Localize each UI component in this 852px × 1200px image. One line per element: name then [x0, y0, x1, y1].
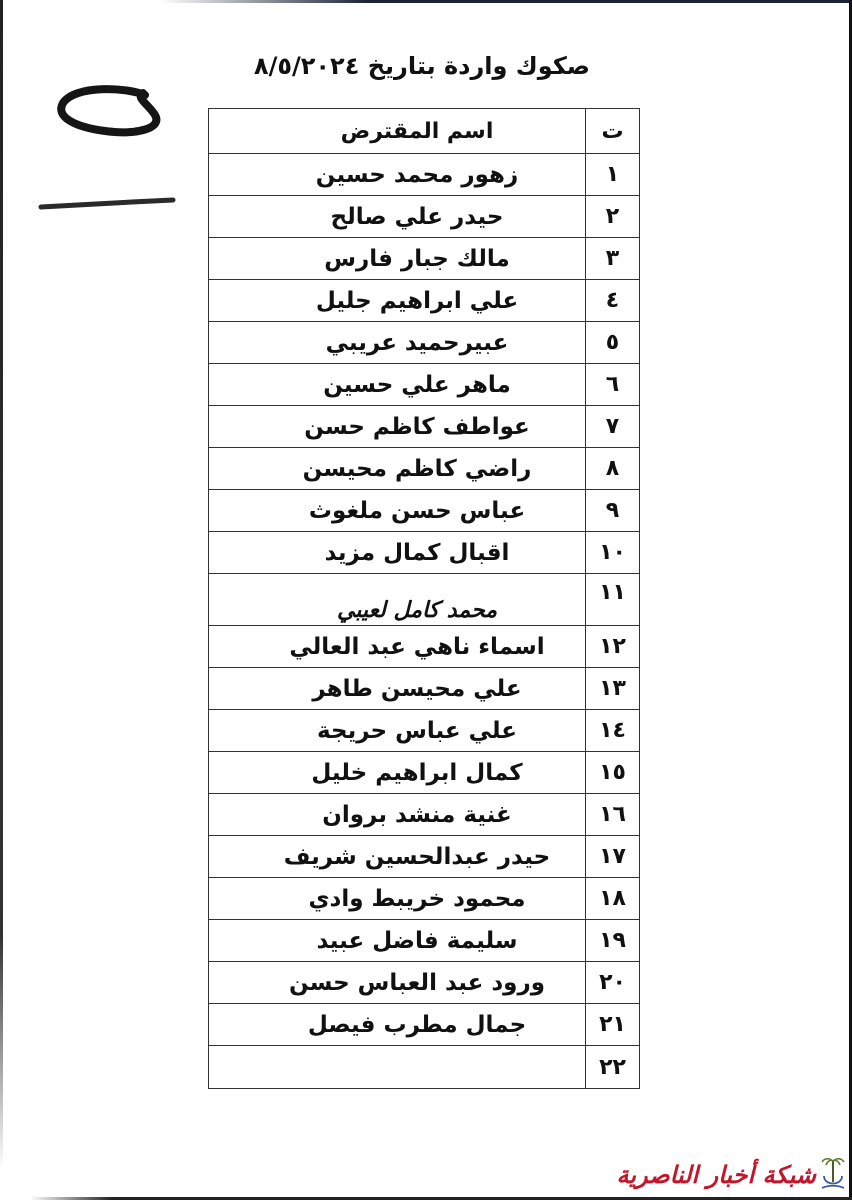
row-number: ١٨ [586, 878, 640, 920]
header-borrower-name: اسم المقترض [209, 109, 586, 154]
watermark-text: شبكة أخبار الناصرية [616, 1160, 816, 1189]
watermark: شبكة أخبار الناصرية [616, 1156, 846, 1192]
table-row: ٦ ماهر علي حسين [209, 364, 640, 406]
table-row: ٣ مالك جبار فارس [209, 238, 640, 280]
palm-tree-logo-icon [820, 1156, 846, 1192]
table-row: ٤ علي ابراهيم جليل [209, 280, 640, 322]
row-number: ٥ [586, 322, 640, 364]
document-title: صكوك واردة بتاريخ ٨/٥/٢٠٢٤ [250, 52, 590, 80]
table-row: ١٩ سليمة فاضل عبيد [209, 920, 640, 962]
row-number: ١٢ [586, 626, 640, 668]
row-number: ٢١ [586, 1004, 640, 1046]
row-number: ٧ [586, 406, 640, 448]
borrower-name: غنية منشد بروان [209, 794, 586, 836]
borrower-name: ورود عبد العباس حسن [209, 962, 586, 1004]
borrower-name: سليمة فاضل عبيد [209, 920, 586, 962]
table-row: ٨ راضي كاظم محيسن [209, 448, 640, 490]
borrower-name: محمود خريبط وادي [209, 878, 586, 920]
row-number: ١٣ [586, 668, 640, 710]
borrower-name: كمال ابراهيم خليل [209, 752, 586, 794]
table-row-empty: ٢٢ [209, 1046, 640, 1089]
borrower-name: محمد كامل لعيبي [209, 574, 586, 626]
row-number: ٩ [586, 490, 640, 532]
table-row: ١١ محمد كامل لعيبي [209, 574, 640, 626]
row-number: ٣ [586, 238, 640, 280]
table-row: ٧ عواطف كاظم حسن [209, 406, 640, 448]
row-number: ١١ [586, 574, 640, 626]
borrower-name: جمال مطرب فيصل [209, 1004, 586, 1046]
table-row: ١ زهور محمد حسين [209, 154, 640, 196]
table-row: ٢٠ ورود عبد العباس حسن [209, 962, 640, 1004]
table-row: ٥ عبيرحميد عريبي [209, 322, 640, 364]
borrower-name: اقبال كمال مزيد [209, 532, 586, 574]
row-number: ٢ [586, 196, 640, 238]
table-row: ٩ عباس حسن ملغوث [209, 490, 640, 532]
table-row: ١٥ كمال ابراهيم خليل [209, 752, 640, 794]
borrower-name: حيدر عبدالحسين شريف [209, 836, 586, 878]
table-row: ١٠ اقبال كمال مزيد [209, 532, 640, 574]
table-row: ١٨ محمود خريبط وادي [209, 878, 640, 920]
row-number: ٢٠ [586, 962, 640, 1004]
borrower-name: اسماء ناهي عبد العالي [209, 626, 586, 668]
table-row: ١٦ غنية منشد بروان [209, 794, 640, 836]
borrower-name: حيدر علي صالح [209, 196, 586, 238]
row-number: ٤ [586, 280, 640, 322]
handwritten-numeral-icon [55, 85, 165, 145]
borrower-name: عبيرحميد عريبي [209, 322, 586, 364]
handwritten-underline-icon [38, 196, 178, 212]
borrower-name: علي محيسن طاهر [209, 668, 586, 710]
borrower-name: عباس حسن ملغوث [209, 490, 586, 532]
table-row: ٢ حيدر علي صالح [209, 196, 640, 238]
row-number: ١٤ [586, 710, 640, 752]
table-row: ٢١ جمال مطرب فيصل [209, 1004, 640, 1046]
row-number: ١٠ [586, 532, 640, 574]
table-row: ١٣ علي محيسن طاهر [209, 668, 640, 710]
table-header-row: ت اسم المقترض [209, 109, 640, 154]
borrower-name: راضي كاظم محيسن [209, 448, 586, 490]
borrowers-table: ت اسم المقترض ١ زهور محمد حسين ٢ حيدر عل… [208, 108, 640, 1089]
header-number: ت [586, 109, 640, 154]
scan-edge-left [0, 0, 3, 1170]
borrower-name [209, 1046, 586, 1089]
row-number: ١٥ [586, 752, 640, 794]
borrower-name: علي ابراهيم جليل [209, 280, 586, 322]
table-row: ١٤ علي عباس حريجة [209, 710, 640, 752]
borrower-name: مالك جبار فارس [209, 238, 586, 280]
borrower-name: عواطف كاظم حسن [209, 406, 586, 448]
row-number: ٨ [586, 448, 640, 490]
borrower-name: زهور محمد حسين [209, 154, 586, 196]
scan-edge-top [160, 0, 852, 3]
borrower-name: علي عباس حريجة [209, 710, 586, 752]
row-number: ٢٢ [586, 1046, 640, 1089]
row-number: ١ [586, 154, 640, 196]
row-number: ١٦ [586, 794, 640, 836]
row-number: ١٩ [586, 920, 640, 962]
borrower-name: ماهر علي حسين [209, 364, 586, 406]
row-number: ١٧ [586, 836, 640, 878]
table-row: ١٧ حيدر عبدالحسين شريف [209, 836, 640, 878]
table-row: ١٢ اسماء ناهي عبد العالي [209, 626, 640, 668]
row-number: ٦ [586, 364, 640, 406]
